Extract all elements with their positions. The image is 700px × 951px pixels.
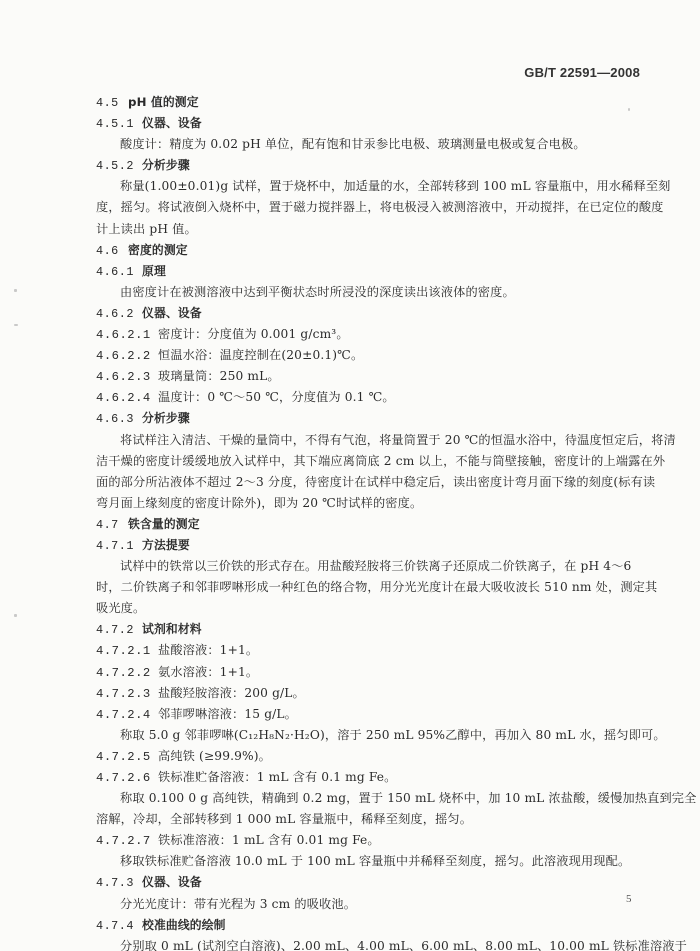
section-number: 4.6.3	[96, 409, 142, 430]
section-heading: 4.5.2分析步骤	[96, 155, 642, 176]
paragraph-continuation: 弯月面上缘刻度的密度计除外)，即为 20 ℃时试样的密度。	[96, 493, 642, 514]
section-number: 4.7.2	[96, 620, 142, 641]
section-number: 4.5.2	[96, 156, 142, 177]
numbered-item: 4.6.2.1密度计：分度值为 0.001 g/cm³。	[96, 324, 642, 345]
paragraph-continuation: 面的部分所沾液体不超过 2～3 分度，待密度计在试样中稳定后，读出密度计弯月面下…	[96, 472, 642, 493]
section-heading: 4.6.2仪器、设备	[96, 303, 642, 324]
item-text: 恒温水浴：温度控制在(20±0.1)℃。	[158, 348, 363, 362]
numbered-item: 4.7.2.2氨水溶液：1+1。	[96, 662, 642, 683]
section-number: 4.6	[96, 241, 128, 262]
section-title: 仪器、设备	[142, 306, 202, 320]
section-heading: 4.7.4校准曲线的绘制	[96, 915, 642, 936]
section-title: 试剂和材料	[142, 622, 202, 636]
item-number: 4.7.2.5	[96, 747, 158, 768]
paragraph-line: 分光光度计：带有光程为 3 cm 的吸收池。	[96, 894, 642, 915]
paragraph-line: 称取 0.100 0 g 高纯铁，精确到 0.2 mg，置于 150 mL 烧杯…	[96, 788, 642, 809]
item-number: 4.6.2.2	[96, 346, 158, 367]
section-heading: 4.6.3分析步骤	[96, 408, 642, 429]
numbered-item: 4.7.2.1盐酸溶液：1+1。	[96, 640, 642, 661]
page-number: 5	[626, 893, 632, 905]
item-number: 4.6.2.1	[96, 325, 158, 346]
paragraph-line: 试样中的铁常以三价铁的形式存在。用盐酸羟胺将三价铁离子还原成二价铁离子，在 pH…	[96, 556, 642, 577]
item-number: 4.7.2.1	[96, 641, 158, 662]
item-number: 4.7.2.4	[96, 705, 158, 726]
item-text: 铁标准溶液：1 mL 含有 0.01 mg Fe。	[158, 833, 380, 847]
item-text: 氨水溶液：1+1。	[158, 665, 258, 679]
section-title: 密度的测定	[128, 243, 188, 257]
scan-speck	[14, 289, 17, 292]
section-title: 校准曲线的绘制	[142, 918, 226, 932]
section-heading: 4.5.1仪器、设备	[96, 113, 642, 134]
item-text: 密度计：分度值为 0.001 g/cm³。	[158, 327, 349, 341]
paragraph-line: 酸度计：精度为 0.02 pH 单位，配有饱和甘汞参比电极、玻璃测量电极或复合电…	[96, 134, 642, 155]
item-text: 盐酸羟胺溶液：200 g/L。	[158, 686, 305, 700]
paragraph-line: 称取 5.0 g 邻菲啰啉(C₁₂H₈N₂·H₂O)，溶于 250 mL 95%…	[96, 725, 642, 746]
section-title: 仪器、设备	[142, 116, 202, 130]
item-text: 玻璃量筒：250 mL。	[158, 369, 280, 383]
section-title: 仪器、设备	[142, 875, 202, 889]
section-heading: 4.7.3仪器、设备	[96, 872, 642, 893]
paragraph-continuation: 时，二价铁离子和邻菲啰啉形成一种红色的络合物，用分光光度计在最大吸收波长 510…	[96, 577, 642, 598]
numbered-item: 4.7.2.7铁标准溶液：1 mL 含有 0.01 mg Fe。	[96, 830, 642, 851]
item-number: 4.7.2.3	[96, 684, 158, 705]
paragraph-line: 移取铁标准贮备溶液 10.0 mL 于 100 mL 容量瓶中并稀释至刻度，摇匀…	[96, 851, 642, 872]
section-number: 4.6.2	[96, 304, 142, 325]
section-title: 分析步骤	[142, 411, 190, 425]
section-heading: 4.5pH 值的测定	[96, 92, 642, 113]
paragraph-line: 分别取 0 mL (试剂空白溶液)、2.00 mL、4.00 mL、6.00 m…	[96, 936, 642, 951]
item-text: 铁标准贮备溶液：1 mL 含有 0.1 mg Fe。	[158, 770, 396, 784]
section-number: 4.7.3	[96, 873, 142, 894]
section-title: 分析步骤	[142, 158, 190, 172]
section-title: 铁含量的测定	[128, 517, 200, 531]
section-heading: 4.6.1原理	[96, 261, 642, 282]
section-title: pH 值的测定	[128, 95, 199, 109]
numbered-item: 4.6.2.4温度计：0 ℃～50 ℃，分度值为 0.1 ℃。	[96, 387, 642, 408]
numbered-item: 4.7.2.5高纯铁 (≥99.9%)。	[96, 746, 642, 767]
paragraph-continuation: 吸光度。	[96, 598, 642, 619]
section-title: 方法提要	[142, 538, 190, 552]
paragraph-line: 将试样注入清洁、干燥的量筒中，不得有气泡，将量筒置于 20 ℃的恒温水浴中，待温…	[96, 430, 642, 451]
paragraph-continuation: 度，摇匀。将试液倒入烧杯中，置于磁力搅拌器上，将电极浸入被测溶液中，开动搅拌，在…	[96, 197, 642, 218]
paragraph-continuation: 溶解，冷却，全部转移到 1 000 mL 容量瓶中，稀释至刻度，摇匀。	[96, 809, 642, 830]
section-number: 4.7.1	[96, 536, 142, 557]
scan-speck	[14, 324, 18, 326]
paragraph-continuation: 计上读出 pH 值。	[96, 219, 642, 240]
item-number: 4.7.2.7	[96, 831, 158, 852]
item-number: 4.7.2.6	[96, 768, 158, 789]
item-text: 邻菲啰啉溶液：15 g/L。	[158, 707, 297, 721]
section-number: 4.5	[96, 93, 128, 114]
item-text: 盐酸溶液：1+1。	[158, 643, 258, 657]
section-title: 原理	[142, 264, 166, 278]
paragraph-line: 由密度计在被测溶液中达到平衡状态时所浸没的深度读出该液体的密度。	[96, 282, 642, 303]
paragraph-line: 称量(1.00±0.01)g 试样，置于烧杯中，加适量的水，全部转移到 100 …	[96, 176, 642, 197]
item-number: 4.6.2.3	[96, 367, 158, 388]
scan-speck	[628, 108, 630, 111]
section-number: 4.5.1	[96, 114, 142, 135]
scan-speck	[14, 614, 17, 617]
item-number: 4.7.2.2	[96, 663, 158, 684]
paragraph-continuation: 洁干燥的密度计缓缓地放入试样中，其下端应离筒底 2 cm 以上，不能与筒壁接触，…	[96, 451, 642, 472]
numbered-item: 4.7.2.4邻菲啰啉溶液：15 g/L。	[96, 704, 642, 725]
section-number: 4.7.4	[96, 916, 142, 937]
numbered-item: 4.7.2.6铁标准贮备溶液：1 mL 含有 0.1 mg Fe。	[96, 767, 642, 788]
section-heading: 4.7.2试剂和材料	[96, 619, 642, 640]
section-heading: 4.7.1方法提要	[96, 535, 642, 556]
numbered-item: 4.6.2.2恒温水浴：温度控制在(20±0.1)℃。	[96, 345, 642, 366]
section-heading: 4.7铁含量的测定	[96, 514, 642, 535]
section-number: 4.6.1	[96, 262, 142, 283]
section-number: 4.7	[96, 515, 128, 536]
item-text: 温度计：0 ℃～50 ℃，分度值为 0.1 ℃。	[158, 390, 395, 404]
numbered-item: 4.7.2.3盐酸羟胺溶液：200 g/L。	[96, 683, 642, 704]
numbered-item: 4.6.2.3玻璃量筒：250 mL。	[96, 366, 642, 387]
standard-number-header: GB/T 22591—2008	[524, 65, 640, 80]
item-text: 高纯铁 (≥99.9%)。	[158, 749, 271, 763]
section-heading: 4.6密度的测定	[96, 240, 642, 261]
item-number: 4.6.2.4	[96, 388, 158, 409]
document-body: 4.5pH 值的测定4.5.1仪器、设备酸度计：精度为 0.02 pH 单位，配…	[96, 92, 642, 951]
